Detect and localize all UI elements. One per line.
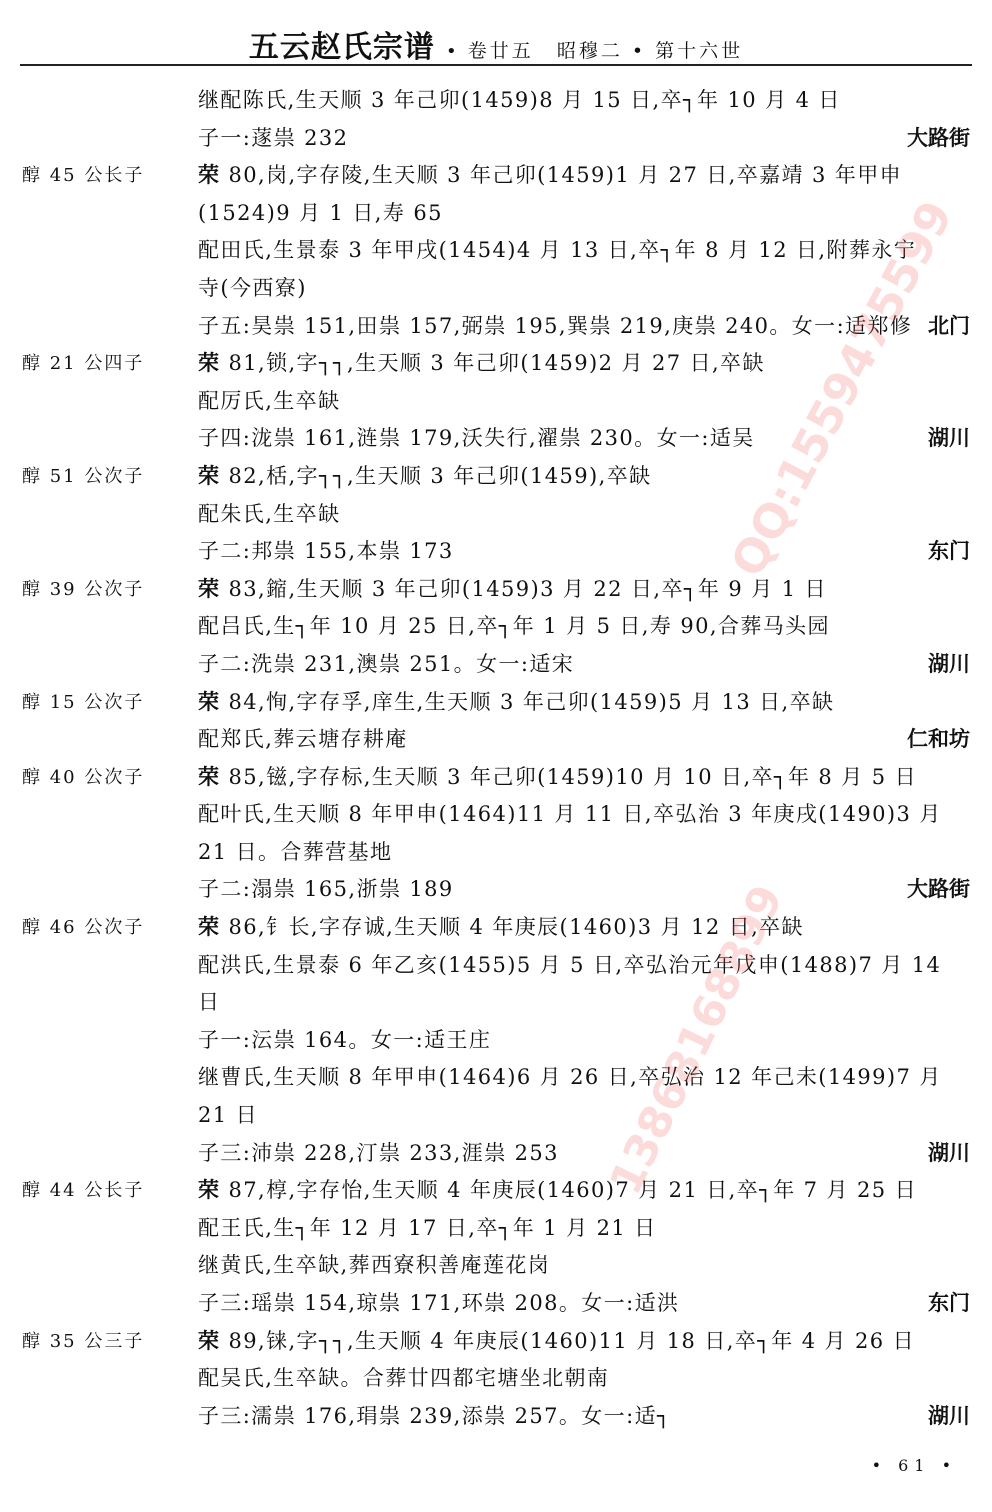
parent-label: 醇 40 公次子 [22,759,144,797]
entry-text: (1524)9 月 1 日,寿 65 [198,195,443,233]
generation-char: 荣 [198,765,220,789]
entry-text: 配王氏,生┐年 12 月 17 日,卒┐年 1 月 21 日 [198,1210,657,1248]
entry-body: 配厉氏,生卒缺 [198,389,340,413]
entry-line: 配田氏,生景泰 3 年甲戌(1454)4 月 13 日,卒┐年 8 月 12 日… [0,232,992,270]
parent-label: 醇 35 公三子 [22,1323,144,1361]
entry-line: 21 日。合葬营基地 [0,834,992,872]
parent-label: 醇 46 公次子 [22,909,144,947]
entry-line: 配洪氏,生景泰 6 年乙亥(1455)5 月 5 日,卒弘治元年戊申(1488)… [0,947,992,985]
entry-body: 86,钅长,字存诚,生天顺 4 年庚辰(1460)3 月 12 日,卒缺 [220,915,804,939]
residence-label: 东门 [928,1285,970,1323]
entry-body: 80,岗,字存陵,生天顺 3 年己卯(1459)1 月 27 日,卒嘉靖 3 年… [220,163,902,187]
entry-body: 继黄氏,生卒缺,葬西寮积善庵莲花岗 [198,1253,550,1277]
entry-line: 醇 15 公次子荣 84,恂,字存孚,庠生,生天顺 3 年己卯(1459)5 月… [0,684,992,722]
residence-label: 北门 [928,308,970,346]
entry-line: 醇 45 公长子荣 80,岗,字存陵,生天顺 3 年己卯(1459)1 月 27… [0,157,992,195]
page-number: • 61 • [872,1456,957,1475]
entry-text: 配洪氏,生景泰 6 年乙亥(1455)5 月 5 日,卒弘治元年戊申(1488)… [198,947,941,985]
entry-body: 配郑氏,葬云塘存耕庵 [198,727,408,751]
entry-text: 子二:洗祟 231,澳祟 251。女一:适宋 [198,646,574,684]
entry-text: 荣 86,钅长,字存诚,生天顺 4 年庚辰(1460)3 月 12 日,卒缺 [198,909,804,947]
entry-text: 配吴氏,生卒缺。合葬廿四都宅塘坐北朝南 [198,1360,609,1398]
residence-label: 湖川 [928,1398,970,1436]
entry-line: (1524)9 月 1 日,寿 65 [0,195,992,233]
entry-body: 子二:洗祟 231,澳祟 251。女一:适宋 [198,652,574,676]
entry-body: 配吴氏,生卒缺。合葬廿四都宅塘坐北朝南 [198,1366,609,1390]
generation-char: 荣 [198,351,220,375]
generation-char: 荣 [198,915,220,939]
entry-body: 85,镃,字存标,生天顺 3 年己卯(1459)10 月 10 日,卒┐年 8 … [220,765,917,789]
entry-line: 醇 46 公次子荣 86,钅长,字存诚,生天顺 4 年庚辰(1460)3 月 1… [0,909,992,947]
entry-text: 配叶氏,生天顺 8 年甲申(1464)11 月 11 日,卒弘治 3 年庚戌(1… [198,796,942,834]
section-label: 昭穆二 • 第十六世 [557,40,743,62]
entry-body: 配吕氏,生┐年 10 月 25 日,卒┐年 1 月 5 日,寿 90,合葬马头园 [198,614,830,638]
residence-label: 湖川 [928,1135,970,1173]
entry-text: 日 [198,984,220,1022]
genealogy-entries: 继配陈氏,生天顺 3 年己卯(1459)8 月 15 日,卒┐年 10 月 4 … [0,82,992,1435]
generation-char: 荣 [198,1178,220,1202]
entry-line: 醇 51 公次子荣 82,栝,字┐┐,生天顺 3 年己卯(1459),卒缺 [0,458,992,496]
entry-body: 81,锁,字┐┐,生天顺 3 年己卯(1459)2 月 27 日,卒缺 [220,351,764,375]
entry-text: 荣 87,椁,字存怡,生天顺 4 年庚辰(1460)7 月 21 日,卒┐年 7… [198,1172,917,1210]
entry-line: 继配陈氏,生天顺 3 年己卯(1459)8 月 15 日,卒┐年 10 月 4 … [0,82,992,120]
residence-label: 湖川 [928,420,970,458]
entry-line: 醇 21 公四子荣 81,锁,字┐┐,生天顺 3 年己卯(1459)2 月 27… [0,345,992,383]
entry-line: 21 日 [0,1097,992,1135]
entry-line: 配叶氏,生天顺 8 年甲申(1464)11 月 11 日,卒弘治 3 年庚戌(1… [0,796,992,834]
entry-text: 荣 80,岗,字存陵,生天顺 3 年己卯(1459)1 月 27 日,卒嘉靖 3… [198,157,902,195]
entry-line: 子三:沛祟 228,汀祟 233,涯祟 253湖川 [0,1135,992,1173]
entry-body: 89,铼,字┐┐,生天顺 4 年庚辰(1460)11 月 18 日,卒┐年 4 … [220,1329,915,1353]
entry-text: 子二:溻祟 165,浙祟 189 [198,871,454,909]
entry-body: 配叶氏,生天顺 8 年甲申(1464)11 月 11 日,卒弘治 3 年庚戌(1… [198,802,942,826]
generation-char: 荣 [198,1329,220,1353]
parent-label: 醇 45 公长子 [22,157,144,195]
entry-body: 配朱氏,生卒缺 [198,502,340,526]
entry-line: 子一:沄祟 164。女一:适王庄 [0,1022,992,1060]
entry-text: 荣 82,栝,字┐┐,生天顺 3 年己卯(1459),卒缺 [198,458,652,496]
entry-text: 子三:濡祟 176,琄祟 239,添祟 257。女一:适┐ [198,1398,671,1436]
entry-line: 醇 35 公三子荣 89,铼,字┐┐,生天顺 4 年庚辰(1460)11 月 1… [0,1323,992,1361]
entry-body: 配洪氏,生景泰 6 年乙亥(1455)5 月 5 日,卒弘治元年戊申(1488)… [198,953,941,977]
entry-body: 子三:沛祟 228,汀祟 233,涯祟 253 [198,1141,559,1165]
entry-line: 子三:濡祟 176,琄祟 239,添祟 257。女一:适┐湖川 [0,1398,992,1436]
entry-line: 醇 40 公次子荣 85,镃,字存标,生天顺 3 年己卯(1459)10 月 1… [0,759,992,797]
title-separator: • [446,41,457,62]
entry-line: 醇 39 公次子荣 83,鏥,生天顺 3 年己卯(1459)3 月 22 日,卒… [0,571,992,609]
entry-text: 21 日 [198,1097,258,1135]
entry-line: 配厉氏,生卒缺 [0,383,992,421]
entry-line: 配郑氏,葬云塘存耕庵仁和坊 [0,721,992,759]
parent-label: 醇 44 公长子 [22,1172,144,1210]
entry-line: 子二:邦祟 155,本祟 173东门 [0,533,992,571]
entry-text: 配吕氏,生┐年 10 月 25 日,卒┐年 1 月 5 日,寿 90,合葬马头园 [198,608,830,646]
parent-label: 醇 21 公四子 [22,345,144,383]
entry-body: 21 日 [198,1103,258,1127]
entry-line: 醇 44 公长子荣 87,椁,字存怡,生天顺 4 年庚辰(1460)7 月 21… [0,1172,992,1210]
entry-text: 配田氏,生景泰 3 年甲戌(1454)4 月 13 日,卒┐年 8 月 12 日… [198,232,916,270]
entry-line: 配吴氏,生卒缺。合葬廿四都宅塘坐北朝南 [0,1360,992,1398]
entry-text: 子五:昊祟 151,田祟 157,弼祟 195,巽祟 219,庚祟 240。女一… [198,308,912,346]
entry-body: 子四:泷祟 161,涟祟 179,沃失行,濯祟 230。女一:适吴 [198,426,755,450]
entry-text: 荣 83,鏥,生天顺 3 年己卯(1459)3 月 22 日,卒┐年 9 月 1… [198,571,827,609]
entry-line: 配王氏,生┐年 12 月 17 日,卒┐年 1 月 21 日 [0,1210,992,1248]
entry-text: 继配陈氏,生天顺 3 年己卯(1459)8 月 15 日,卒┐年 10 月 4 … [198,82,841,120]
parent-label: 醇 15 公次子 [22,684,144,722]
residence-label: 大路街 [907,120,970,158]
entry-text: 子一:蓫祟 232 [198,120,348,158]
entry-body: 子三:瑶祟 154,琼祟 171,环祟 208。女一:适洪 [198,1291,679,1315]
entry-line: 继黄氏,生卒缺,葬西寮积善庵莲花岗 [0,1247,992,1285]
entry-body: 子一:沄祟 164。女一:适王庄 [198,1028,491,1052]
entry-body: 继曹氏,生天顺 8 年甲申(1464)6 月 26 日,卒弘治 12 年己未(1… [198,1065,942,1089]
entry-body: 日 [198,990,220,1014]
entry-line: 继曹氏,生天顺 8 年甲申(1464)6 月 26 日,卒弘治 12 年己未(1… [0,1059,992,1097]
entry-text: 子三:瑶祟 154,琼祟 171,环祟 208。女一:适洪 [198,1285,679,1323]
entry-line: 子二:溻祟 165,浙祟 189大路街 [0,871,992,909]
entry-line: 日 [0,984,992,1022]
entry-line: 配朱氏,生卒缺 [0,496,992,534]
entry-body: 21 日。合葬营基地 [198,840,392,864]
entry-text: 荣 84,恂,字存孚,庠生,生天顺 3 年己卯(1459)5 月 13 日,卒缺 [198,684,834,722]
entry-text: 子三:沛祟 228,汀祟 233,涯祟 253 [198,1135,559,1173]
entry-body: 子二:邦祟 155,本祟 173 [198,539,454,563]
parent-label: 醇 39 公次子 [22,571,144,609]
residence-label: 大路街 [907,871,970,909]
page-header: 五云赵氏宗谱 • 卷廿五 昭穆二 • 第十六世 [0,22,992,62]
entry-body: (1524)9 月 1 日,寿 65 [198,201,443,225]
entry-text: 继黄氏,生卒缺,葬西寮积善庵莲花岗 [198,1247,550,1285]
residence-label: 东门 [928,533,970,571]
entry-text: 寺(今西寮) [198,270,307,308]
generation-char: 荣 [198,464,220,488]
entry-text: 子二:邦祟 155,本祟 173 [198,533,454,571]
entry-line: 配吕氏,生┐年 10 月 25 日,卒┐年 1 月 5 日,寿 90,合葬马头园 [0,608,992,646]
entry-text: 21 日。合葬营基地 [198,834,392,872]
entry-text: 荣 81,锁,字┐┐,生天顺 3 年己卯(1459)2 月 27 日,卒缺 [198,345,765,383]
entry-body: 子五:昊祟 151,田祟 157,弼祟 195,巽祟 219,庚祟 240。女一… [198,314,912,338]
entry-body: 寺(今西寮) [198,276,307,300]
entry-body: 83,鏥,生天顺 3 年己卯(1459)3 月 22 日,卒┐年 9 月 1 日 [220,577,827,601]
entry-body: 配王氏,生┐年 12 月 17 日,卒┐年 1 月 21 日 [198,1216,657,1240]
entry-body: 子三:濡祟 176,琄祟 239,添祟 257。女一:适┐ [198,1404,671,1428]
entry-text: 配厉氏,生卒缺 [198,383,340,421]
entry-text: 配郑氏,葬云塘存耕庵 [198,721,408,759]
entry-text: 荣 89,铼,字┐┐,生天顺 4 年庚辰(1460)11 月 18 日,卒┐年 … [198,1323,915,1361]
entry-line: 子四:泷祟 161,涟祟 179,沃失行,濯祟 230。女一:适吴湖川 [0,420,992,458]
entry-body: 子二:溻祟 165,浙祟 189 [198,877,454,901]
entry-body: 子一:蓫祟 232 [198,126,348,150]
entry-line: 子一:蓫祟 232大路街 [0,120,992,158]
residence-label: 湖川 [928,646,970,684]
entry-body: 87,椁,字存怡,生天顺 4 年庚辰(1460)7 月 21 日,卒┐年 7 月… [220,1178,917,1202]
entry-text: 子四:泷祟 161,涟祟 179,沃失行,濯祟 230。女一:适吴 [198,420,755,458]
entry-line: 子五:昊祟 151,田祟 157,弼祟 195,巽祟 219,庚祟 240。女一… [0,308,992,346]
generation-char: 荣 [198,577,220,601]
header-rule [20,64,972,66]
generation-char: 荣 [198,690,220,714]
entry-text: 子一:沄祟 164。女一:适王庄 [198,1022,491,1060]
volume-label: 卷廿五 [468,40,534,62]
residence-label: 仁和坊 [907,721,970,759]
entry-line: 寺(今西寮) [0,270,992,308]
entry-body: 82,栝,字┐┐,生天顺 3 年己卯(1459),卒缺 [220,464,651,488]
entry-text: 继曹氏,生天顺 8 年甲申(1464)6 月 26 日,卒弘治 12 年己未(1… [198,1059,942,1097]
book-title: 五云赵氏宗谱 [249,30,435,65]
entry-body: 配田氏,生景泰 3 年甲戌(1454)4 月 13 日,卒┐年 8 月 12 日… [198,238,916,262]
entry-text: 配朱氏,生卒缺 [198,496,340,534]
entry-body: 继配陈氏,生天顺 3 年己卯(1459)8 月 15 日,卒┐年 10 月 4 … [198,88,841,112]
parent-label: 醇 51 公次子 [22,458,144,496]
entry-text: 荣 85,镃,字存标,生天顺 3 年己卯(1459)10 月 10 日,卒┐年 … [198,759,917,797]
entry-line: 子三:瑶祟 154,琼祟 171,环祟 208。女一:适洪东门 [0,1285,992,1323]
entry-line: 子二:洗祟 231,澳祟 251。女一:适宋湖川 [0,646,992,684]
entry-body: 84,恂,字存孚,庠生,生天顺 3 年己卯(1459)5 月 13 日,卒缺 [220,690,834,714]
generation-char: 荣 [198,163,220,187]
